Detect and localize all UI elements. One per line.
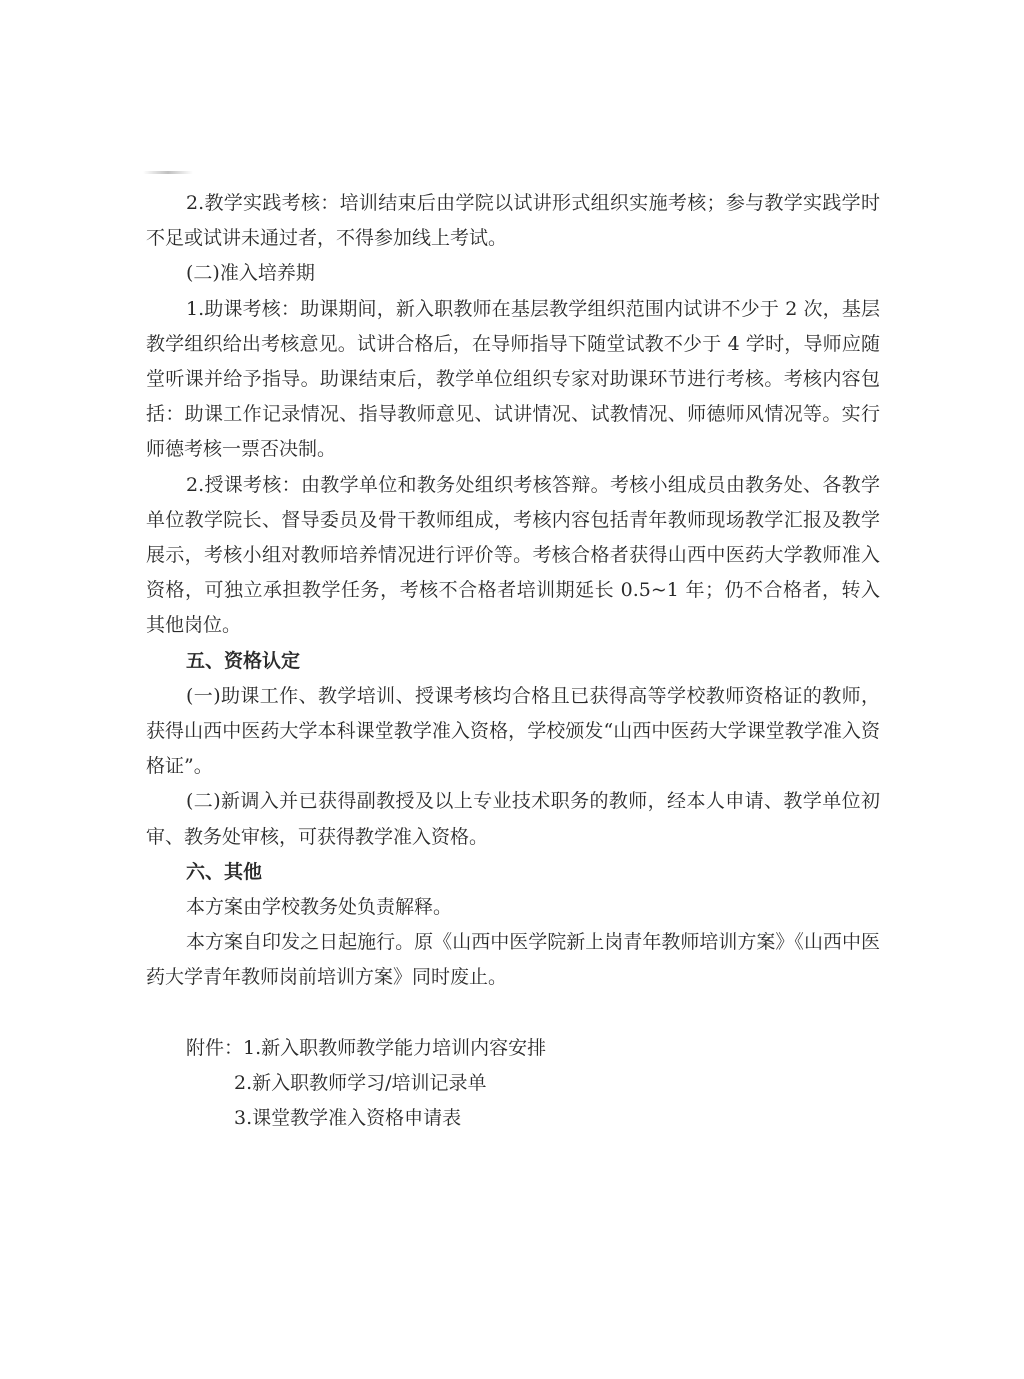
scan-artifact-mark — [143, 171, 193, 174]
paragraph-interpretation: 本方案由学校教务处负责解释。 — [146, 890, 880, 925]
attachment-item-1: 1.新入职教师教学能力培训内容安排 — [243, 1037, 546, 1059]
paragraph-effective-date: 本方案自印发之日起施行。原《山西中医学院新上岗青年教师培训方案》《山西中医药大学… — [146, 925, 880, 995]
subsection-admission-training-period: (二)准入培养期 — [146, 256, 880, 291]
attachments-list: 附件：1.新入职教师教学能力培训内容安排 — [146, 1031, 880, 1066]
section-heading-qualification: 五、资格认定 — [146, 644, 880, 679]
spacer — [146, 996, 880, 1031]
paragraph-assistant-teaching-assessment: 1.助课考核：助课期间，新入职教师在基层教学组织范围内试讲不少于 2 次，基层教… — [146, 292, 880, 468]
attachments-label: 附件： — [186, 1037, 243, 1059]
paragraph-qualification-2: (二)新调入并已获得副教授及以上专业技术职务的教师，经本人申请、教学单位初审、教… — [146, 784, 880, 854]
paragraph-qualification-1: (一)助课工作、教学培训、授课考核均合格且已获得高等学校教师资格证的教师，获得山… — [146, 679, 880, 785]
attachment-item-2: 2.新入职教师学习/培训记录单 — [146, 1066, 880, 1101]
attachment-item-3: 3.课堂教学准入资格申请表 — [146, 1101, 880, 1136]
paragraph-lecturing-assessment: 2.授课考核：由教学单位和教务处组织考核答辩。考核小组成员由教务处、各教学单位教… — [146, 468, 880, 644]
section-heading-other: 六、其他 — [146, 855, 880, 890]
document-page: 2.教学实践考核：培训结束后由学院以试讲形式组织实施考核；参与教学实践学时不足或… — [146, 186, 880, 1136]
paragraph-teaching-practice-assessment: 2.教学实践考核：培训结束后由学院以试讲形式组织实施考核；参与教学实践学时不足或… — [146, 186, 880, 256]
